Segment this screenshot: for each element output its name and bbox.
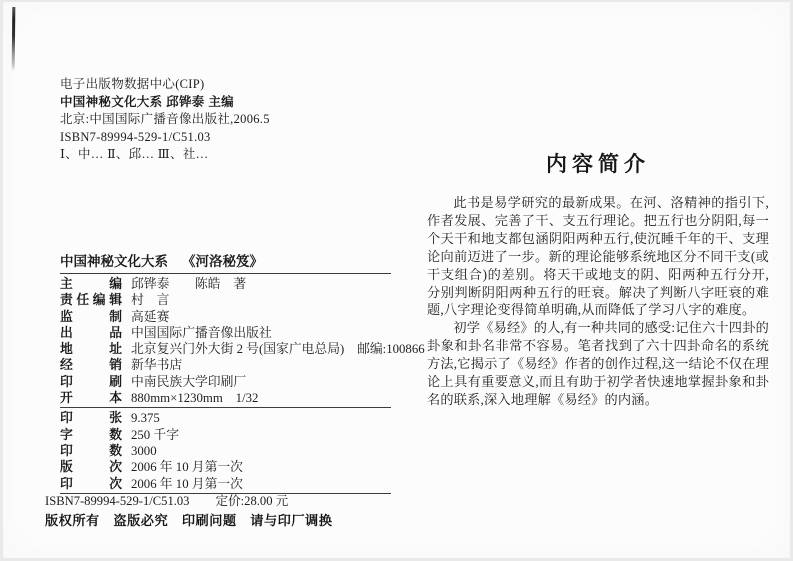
row-label: 字数 [60, 427, 122, 443]
colophon-row: 版次2006 年 10 月第一次 [60, 459, 391, 475]
series-title: 中国神秘文化大系 [60, 254, 168, 269]
cip-line: 北京:中国国际广播音像出版社,2006.5 [60, 111, 270, 129]
row-value: 高延赛 [131, 310, 169, 324]
colophon-row: 经销新华书店 [60, 357, 391, 373]
row-value: 880mm×1230mm 1/32 [131, 391, 258, 405]
row-value: 9.375 [131, 411, 160, 425]
intro-body: 此书是易学研究的最新成果。在河、洛精神的指引下,作者发展、完善了干、支五行理论。… [427, 194, 769, 409]
row-value: 2006 年 10 月第一次 [131, 460, 243, 474]
scan-edge-artifact [12, 7, 15, 71]
row-label: 责任编辑 [60, 292, 122, 308]
colophon-rows-upper: 主编邱铧泰 陈皓 著 责任编辑村 言 监制高延赛 出品中国国际广播音像出版社 地… [60, 274, 391, 408]
row-label: 版次 [60, 459, 122, 475]
copyright-notice: 版权所有 盗版必究 印刷问题 请与印厂调换 [45, 510, 332, 529]
cip-line-index: Ⅰ、中… Ⅱ、邱… Ⅲ、社… [60, 146, 270, 164]
row-label: 印数 [60, 443, 122, 459]
row-label: 开本 [60, 390, 122, 406]
colophon: 中国神秘文化大系《河洛秘笈》 主编邱铧泰 陈皓 著 责任编辑村 言 监制高延赛 … [60, 250, 391, 494]
intro-paragraph: 此书是易学研究的最新成果。在河、洛精神的指引下,作者发展、完善了干、支五行理论。… [427, 194, 769, 319]
row-value: 村 言 [131, 293, 169, 307]
colophon-row: 印数3000 [60, 443, 391, 459]
isbn-price-line: ISBN7-89994-529-1/C51.03定价:28.00 元 [45, 490, 288, 509]
cip-block: 电子出版物数据中心(CIP) 中国神秘文化大系 邱铧泰 主编 北京:中国国际广播… [60, 76, 270, 164]
colophon-rows-lower: 印张9.375 字数250 千字 印数3000 版次2006 年 10 月第一次… [60, 408, 391, 493]
row-value: 中南民族大学印刷厂 [131, 375, 246, 389]
intro-title: 内容简介 [428, 148, 768, 178]
row-label: 地址 [60, 341, 122, 357]
row-label: 主编 [60, 276, 122, 292]
row-label: 印刷 [60, 374, 122, 390]
price: 定价:28.00 元 [215, 494, 288, 508]
row-value: 新华书店 [131, 358, 182, 372]
scanned-book-spread: 电子出版物数据中心(CIP) 中国神秘文化大系 邱铧泰 主编 北京:中国国际广播… [3, 2, 790, 558]
colophon-row: 字数250 千字 [60, 427, 391, 443]
cip-line: 电子出版物数据中心(CIP) [60, 76, 270, 94]
row-value: 邱铧泰 陈皓 著 [131, 277, 246, 291]
colophon-row: 责任编辑村 言 [60, 292, 391, 308]
row-value: 中国国际广播音像出版社 [131, 326, 272, 340]
colophon-row: 开本880mm×1230mm 1/32 [60, 390, 391, 406]
row-value: 2006 年 10 月第一次 [131, 477, 243, 491]
isbn-number: ISBN7-89994-529-1/C51.03 [45, 494, 189, 508]
colophon-row: 出品中国国际广播音像出版社 [60, 325, 391, 341]
row-value: 250 千字 [131, 428, 179, 442]
colophon-row: 主编邱铧泰 陈皓 著 [60, 276, 391, 292]
cip-line-isbn: ISBN7-89994-529-1/C51.03 [60, 129, 270, 147]
row-label: 监制 [60, 309, 122, 325]
intro-paragraph: 初学《易经》的人,有一种共同的感受:记住六十四卦的卦象和卦名非常不容易。笔者找到… [427, 319, 769, 409]
row-label: 出品 [60, 325, 122, 341]
row-value: 3000 [131, 444, 157, 458]
colophon-row: 监制高延赛 [60, 309, 391, 325]
row-value: 北京复兴门外大街 2 号(国家广电总局) 邮编:100866 [131, 342, 425, 356]
colophon-row: 地址北京复兴门外大街 2 号(国家广电总局) 邮编:100866 [60, 341, 391, 357]
row-label: 印张 [60, 410, 122, 426]
colophon-title: 中国神秘文化大系《河洛秘笈》 [60, 250, 391, 274]
colophon-row: 印张9.375 [60, 410, 391, 426]
cip-line-title: 中国神秘文化大系 邱铧泰 主编 [60, 94, 270, 112]
colophon-row: 印刷中南民族大学印刷厂 [60, 374, 391, 390]
row-label: 经销 [60, 357, 122, 373]
book-title: 《河洛秘笈》 [182, 254, 263, 269]
